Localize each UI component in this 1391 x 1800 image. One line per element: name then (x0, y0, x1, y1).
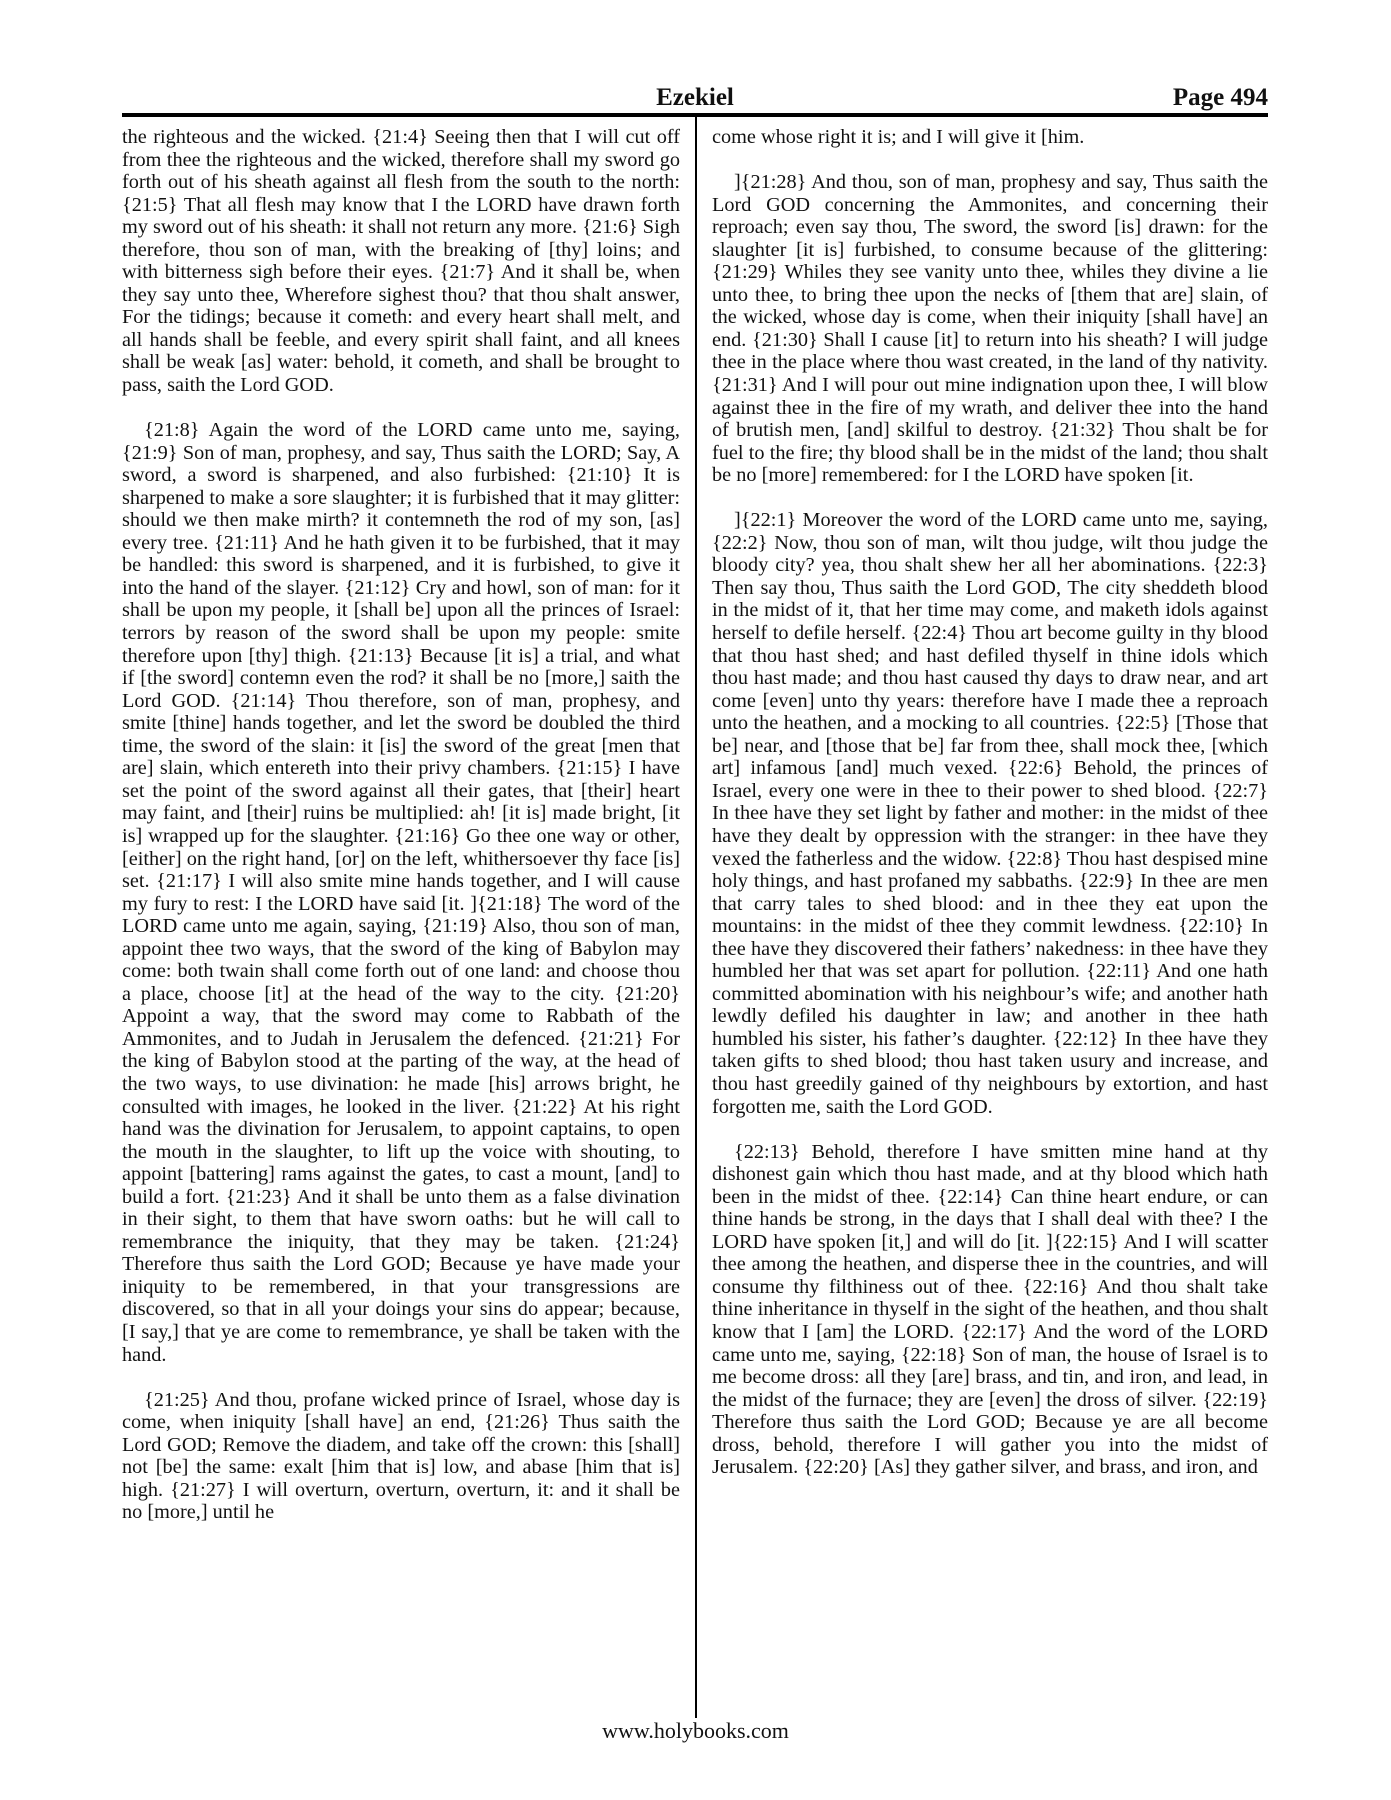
paragraph: come whose right it is; and I will give … (712, 126, 1268, 149)
page-number: Page 494 (1173, 82, 1268, 114)
paragraph: {21:25} And thou, profane wicked prince … (122, 1389, 680, 1524)
paragraph: ]{22:1} Moreover the word of the LORD ca… (712, 509, 1268, 1118)
paragraph: the righteous and the wicked. {21:4} See… (122, 126, 680, 397)
page-header: Ezekiel Page 494 (122, 82, 1268, 114)
footer-website-link[interactable]: www.holybooks.com (0, 1716, 1391, 1746)
book-title: Ezekiel (122, 82, 1268, 114)
column-divider (695, 117, 697, 1718)
right-column: come whose right it is; and I will give … (712, 126, 1268, 1479)
left-column: the righteous and the wicked. {21:4} See… (122, 126, 680, 1524)
paragraph: {21:8} Again the word of the LORD came u… (122, 419, 680, 1366)
paragraph: {22:13} Behold, therefore I have smitten… (712, 1141, 1268, 1479)
paragraph: ]{21:28} And thou, son of man, prophesy … (712, 171, 1268, 487)
